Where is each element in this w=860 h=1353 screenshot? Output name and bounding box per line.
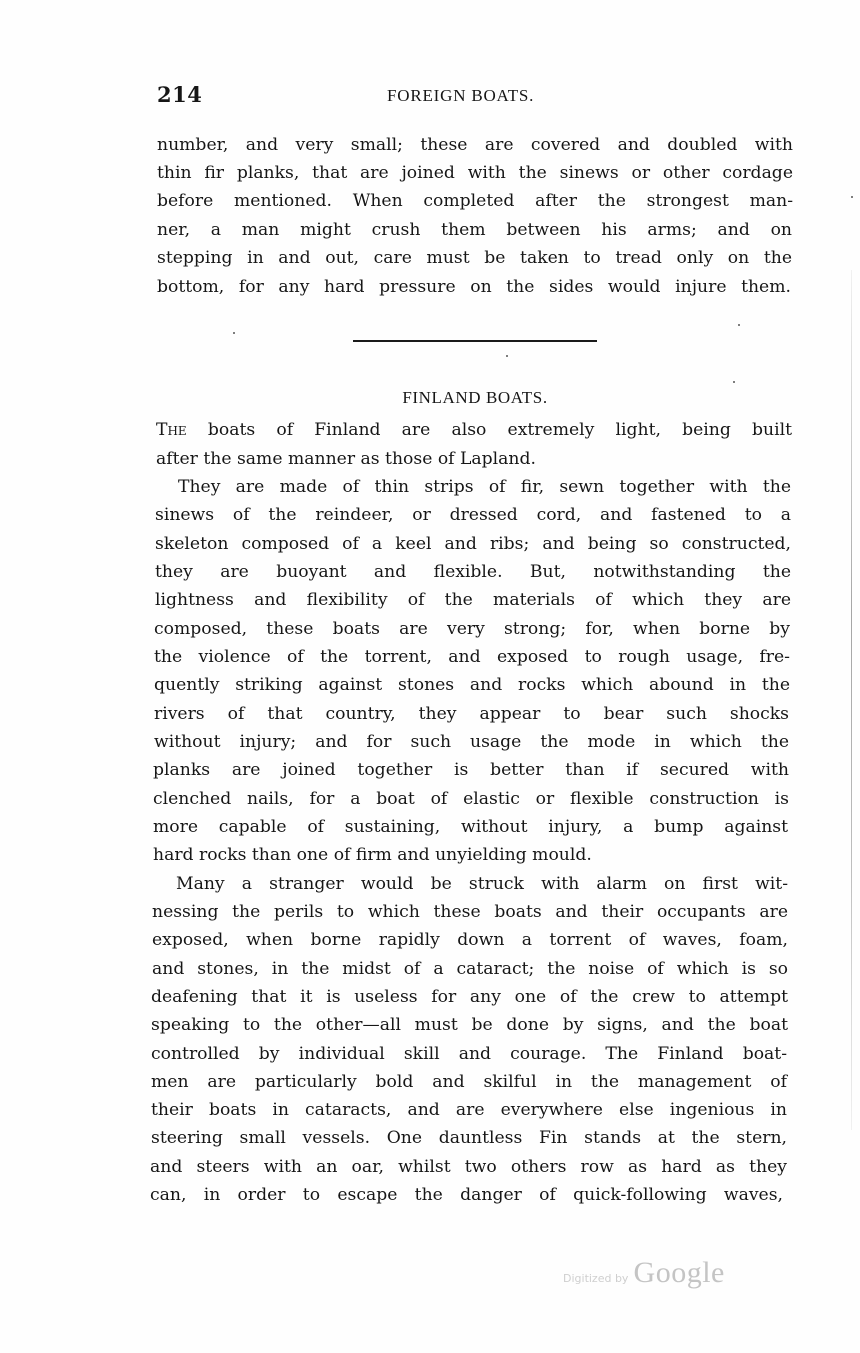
- text-line: and stones, in the midst of a cataract; …: [152, 958, 788, 980]
- section-divider-rule: [353, 340, 597, 342]
- text-line: ner, a man might crush them between his …: [157, 219, 792, 241]
- text-line: speaking to the other—all must be done b…: [151, 1014, 788, 1036]
- text-line: bottom, for any hard pressure on the sid…: [157, 276, 791, 298]
- text-line: thin fir planks, that are joined with th…: [157, 162, 793, 184]
- text-line: more capable of sustaining, without inju…: [153, 816, 788, 838]
- text-line: deafening that it is useless for any one…: [151, 986, 788, 1008]
- text-line: stepping in and out, care must be taken …: [157, 247, 792, 269]
- scan-edge-line: [851, 270, 852, 1130]
- text-line: steering small vessels. One dauntless Fi…: [151, 1127, 787, 1149]
- scan-speck: [733, 381, 735, 383]
- running-head: 214 FOREIGN BOATS.: [157, 82, 793, 110]
- google-logo-text: Google: [634, 1256, 725, 1289]
- text-line: controlled by individual skill and coura…: [151, 1043, 787, 1065]
- text-line: hard rocks than one of firm and unyieldi…: [153, 844, 788, 866]
- text-line: clenched nails, for a boat of elastic or…: [153, 788, 789, 810]
- text-line: before mentioned. When completed after t…: [157, 190, 793, 212]
- text-line: their boats in cataracts, and are everyw…: [151, 1099, 787, 1121]
- scan-speck: [738, 324, 740, 326]
- digitized-by-google-watermark: Digitized by Google: [563, 1256, 725, 1290]
- page-number: 214: [157, 82, 202, 107]
- book-page: 214 FOREIGN BOATS. number, and very smal…: [0, 0, 860, 1353]
- drop-smallcaps-word: The: [156, 420, 187, 440]
- watermark-prefix: Digitized by: [563, 1272, 628, 1285]
- text-line: can, in order to escape the danger of qu…: [150, 1184, 783, 1206]
- text-line: The boats of Finland are also extremely …: [156, 419, 792, 441]
- text-line: planks are joined together is better tha…: [153, 759, 789, 781]
- text-line: sinews of the reindeer, or dressed cord,…: [155, 504, 791, 526]
- scan-speck: [506, 355, 508, 357]
- text-line: without injury; and for such usage the m…: [154, 731, 789, 753]
- scan-speck: [233, 332, 235, 334]
- text-line: skeleton composed of a keel and ribs; an…: [155, 533, 791, 555]
- text-line: nessing the perils to which these boats …: [152, 901, 788, 923]
- text-line: composed, these boats are very strong; f…: [154, 618, 790, 640]
- text-line: number, and very small; these are covere…: [157, 134, 793, 156]
- scan-speck: [851, 196, 853, 198]
- text-line: lightness and flexibility of the materia…: [155, 589, 791, 611]
- section-heading: FINLAND BOATS.: [0, 388, 860, 408]
- text-line: rivers of that country, they appear to b…: [154, 703, 789, 725]
- running-title: FOREIGN BOATS.: [387, 86, 534, 106]
- text-line: quently striking against stones and rock…: [154, 674, 790, 696]
- text-line: they are buoyant and flexible. But, notw…: [155, 561, 791, 583]
- text-line: and steers with an oar, whilst two other…: [150, 1156, 787, 1178]
- text-line: after the same manner as those of Laplan…: [156, 448, 792, 470]
- text-line: men are particularly bold and skilful in…: [151, 1071, 787, 1093]
- text-line: Many a stranger would be struck with ala…: [176, 873, 788, 895]
- text-line: They are made of thin strips of fir, sew…: [178, 476, 791, 498]
- text-line: the violence of the torrent, and exposed…: [154, 646, 790, 668]
- text-line: exposed, when borne rapidly down a torre…: [152, 929, 788, 951]
